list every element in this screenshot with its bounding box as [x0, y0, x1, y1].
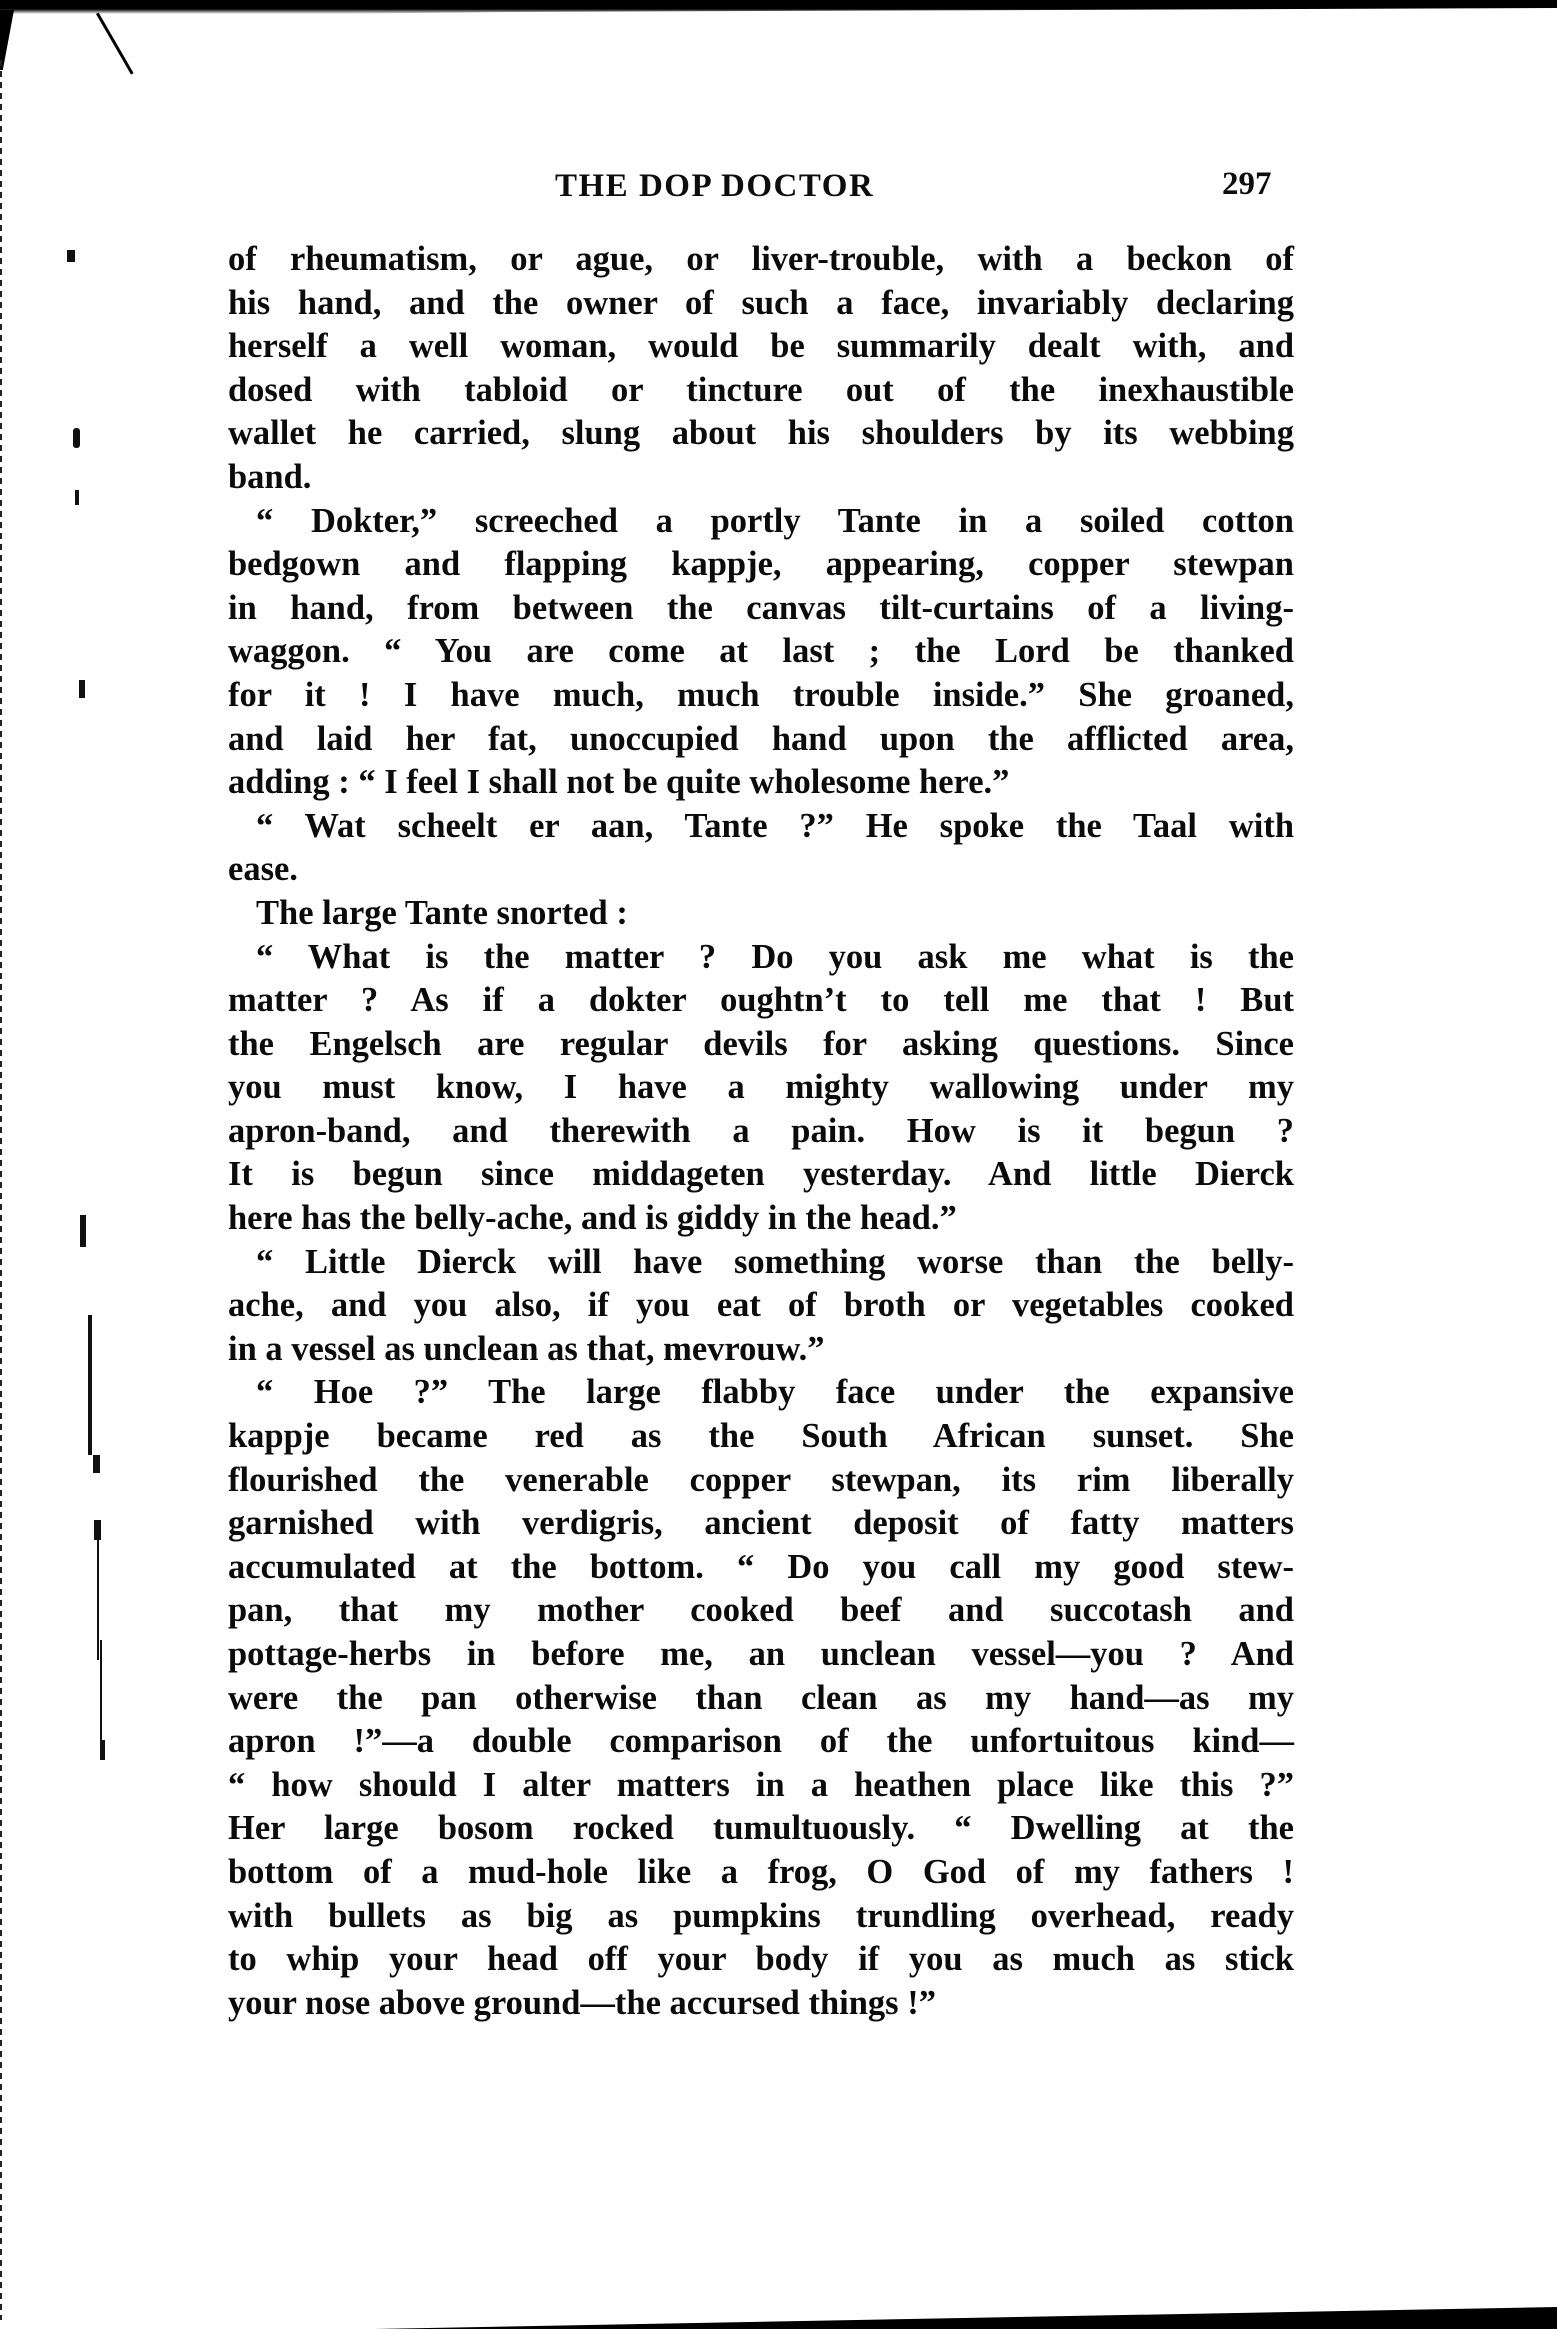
scan-shadow-bottom	[0, 2307, 1557, 2329]
paragraph: “ What is the matter ? Do you ask me wha…	[228, 936, 1294, 1241]
text-line: bottom of a mud-hole like a frog, O God …	[228, 1851, 1294, 1895]
text-line: were the pan otherwise than clean as my …	[228, 1677, 1294, 1721]
text-line: to whip your head off your body if you a…	[228, 1938, 1294, 1982]
text-line: kappje became red as the South African s…	[228, 1415, 1294, 1459]
text-line: “ Dokter,” screeched a portly Tante in a…	[228, 500, 1294, 544]
scan-shadow-top	[0, 0, 1557, 14]
text-line: adding : “ I feel I shall not be quite w…	[228, 761, 1294, 805]
text-line: herself a well woman, would be summarily…	[228, 325, 1294, 369]
text-line: here has the belly-ache, and is giddy in…	[228, 1197, 1294, 1241]
margin-speck	[75, 490, 79, 505]
text-line: wallet he carried, slung about his shoul…	[228, 412, 1294, 456]
paragraph: “ Dokter,” screeched a portly Tante in a…	[228, 500, 1294, 805]
text-line: in hand, from between the canvas tilt-cu…	[228, 587, 1294, 631]
running-head: THE DOP DOCTOR 297	[0, 168, 1557, 208]
text-line: apron !”—a double comparison of the unfo…	[228, 1720, 1294, 1764]
scan-crease-line	[96, 14, 130, 78]
text-line: with bullets as big as pumpkins trundlin…	[228, 1895, 1294, 1939]
text-line: Her large bosom rocked tumultuously. “ D…	[228, 1807, 1294, 1851]
text-line: your nose above ground—the accursed thin…	[228, 1982, 1294, 2026]
text-line: The large Tante snorted :	[228, 892, 1294, 936]
margin-speck	[94, 1520, 101, 1540]
text-line: apron-band, and therewith a pain. How is…	[228, 1110, 1294, 1154]
text-line: in a vessel as unclean as that, mevrouw.…	[228, 1328, 1294, 1372]
running-title: THE DOP DOCTOR	[555, 168, 874, 205]
margin-speck	[80, 1215, 86, 1247]
text-line: bedgown and flapping kappje, appearing, …	[228, 543, 1294, 587]
margin-speck	[100, 1740, 105, 1760]
text-line: It is begun since middageten yesterday. …	[228, 1153, 1294, 1197]
paragraph: “ Hoe ?” The large flabby face under the…	[228, 1371, 1294, 2025]
text-line: “ Hoe ?” The large flabby face under the…	[228, 1371, 1294, 1415]
text-line: his hand, and the owner of such a face, …	[228, 282, 1294, 326]
text-line: and laid her fat, unoccupied hand upon t…	[228, 718, 1294, 762]
margin-speck	[97, 1540, 99, 1660]
text-line: the Engelsch are regular devils for aski…	[228, 1023, 1294, 1067]
text-line: ache, and you also, if you eat of broth …	[228, 1284, 1294, 1328]
margin-speck	[73, 428, 80, 448]
text-line: “ What is the matter ? Do you ask me wha…	[228, 936, 1294, 980]
text-line: band.	[228, 456, 1294, 500]
margin-speck	[79, 680, 85, 698]
text-line: waggon. “ You are come at last ; the Lor…	[228, 630, 1294, 674]
text-line: for it ! I have much, much trouble insid…	[228, 674, 1294, 718]
scan-binding-edge	[0, 60, 2, 2320]
body-text: of rheumatism, or ague, or liver-trouble…	[228, 238, 1294, 2025]
text-line: accumulated at the bottom. “ Do you call…	[228, 1546, 1294, 1590]
text-line: ease.	[228, 848, 1294, 892]
paragraph: of rheumatism, or ague, or liver-trouble…	[228, 238, 1294, 500]
paragraph: “ Wat scheelt er aan, Tante ?” He spoke …	[228, 805, 1294, 892]
text-line: pottage-herbs in before me, an unclean v…	[228, 1633, 1294, 1677]
text-line: you must know, I have a mighty wallowing…	[228, 1066, 1294, 1110]
margin-speck	[88, 1315, 92, 1455]
text-line: matter ? As if a dokter oughtn’t to tell…	[228, 979, 1294, 1023]
margin-speck	[93, 1455, 100, 1473]
text-line: flourished the venerable copper stewpan,…	[228, 1459, 1294, 1503]
text-line: “ how should I alter matters in a heathe…	[228, 1764, 1294, 1808]
text-line: pan, that my mother cooked beef and succ…	[228, 1589, 1294, 1633]
text-line: of rheumatism, or ague, or liver-trouble…	[228, 238, 1294, 282]
paragraph: The large Tante snorted :	[228, 892, 1294, 936]
text-line: “ Little Dierck will have something wors…	[228, 1241, 1294, 1285]
scanned-book-page: THE DOP DOCTOR 297 of rheumatism, or agu…	[0, 0, 1557, 2329]
scan-shadow-corner	[0, 10, 14, 70]
text-line: garnished with verdigris, ancient deposi…	[228, 1502, 1294, 1546]
text-line: dosed with tabloid or tincture out of th…	[228, 369, 1294, 413]
text-line: “ Wat scheelt er aan, Tante ?” He spoke …	[228, 805, 1294, 849]
margin-speck	[67, 250, 75, 262]
paragraph: “ Little Dierck will have something wors…	[228, 1241, 1294, 1372]
page-number: 297	[1222, 166, 1272, 203]
